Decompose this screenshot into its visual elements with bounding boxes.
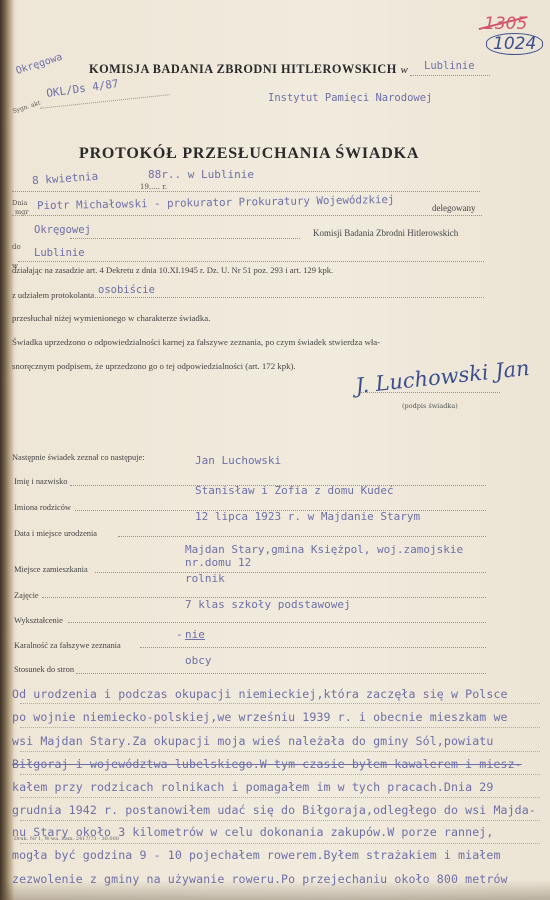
field-label-education: Wykształcenie — [14, 616, 63, 625]
page-number: 1024 — [486, 33, 543, 55]
body-line-6: grudnia 1942 r. postanowiłem udać się do… — [12, 803, 536, 817]
institute-stamp: Instytut Pamięci Narodowej — [268, 92, 432, 104]
warning-line-2: snoręcznym podpisem, że uprzedzono go o … — [12, 361, 296, 371]
clerk-label: z udziałem protokolanta — [12, 290, 94, 300]
testimony-intro: Następnie świadek zeznał co następuje: — [12, 453, 145, 462]
commission-suffix: Komisji Badania Zbrodni Hitlerowskich — [313, 228, 458, 238]
legal-basis: działając na zasadzie art. 4 Dekretu z d… — [12, 265, 333, 275]
delegowany-label: delegowany — [432, 203, 475, 213]
field-label-residence: Miejsce zamieszkania — [14, 565, 88, 574]
date-year-place: 88r.. w Lublinie — [148, 168, 254, 181]
clerk-value: osobiście — [98, 284, 155, 296]
page-title: PROTOKÓŁ PRZESŁUCHANIA ŚWIADKA — [79, 145, 419, 163]
document-page: 1305 1024 Okręgowa KOMISJA BADANIA ZBROD… — [0, 0, 550, 900]
field-value-criminal-prefix: - — [176, 628, 183, 641]
field-value-name: Jan Luchowski — [195, 454, 281, 467]
field-label-birth: Data i miejsce urodzenia — [14, 529, 97, 538]
field-value-education: 7 klas szkoły podstawowej — [185, 598, 351, 611]
stamp-okregowa: Okręgowa — [15, 52, 64, 77]
case-number: OKL/Ds 4/87 — [45, 77, 119, 100]
location-value: Lublinie — [34, 247, 85, 259]
field-label-name: Imię i nazwisko — [14, 477, 68, 486]
interrogator-name: Piotr Michałowski - prokurator Prokuratu… — [37, 193, 395, 212]
do-label: do — [12, 243, 21, 251]
field-value-birth: 12 lipca 1923 r. w Majdanie Starym — [195, 510, 420, 523]
signature-caption: (podpis świadka) — [402, 402, 458, 410]
dnia-label: Dnia — [12, 199, 27, 207]
field-value-residence-house: nr.domu 12 — [185, 556, 251, 569]
sygn-label: Sygn. akt — [12, 99, 41, 115]
page-bottom-shadow — [0, 880, 550, 900]
body-line-8: mogła być godzina 9 - 10 pojechałem rowe… — [12, 848, 501, 862]
date-day-month: 8 kwietnia — [32, 170, 99, 188]
warning-line-1: Świadka uprzedzono o odpowiedzialności k… — [12, 337, 380, 347]
body-line-5: kałem przy rodzicach rolnikach i pomagał… — [12, 780, 493, 794]
field-value-criminal: nie — [185, 628, 205, 641]
body-line-3: wsi Majdan Stary.Za okupacji moja wieś n… — [12, 734, 493, 748]
commission-title: KOMISJA BADANIA ZBRODNI HITLEROWSKICH w — [89, 62, 408, 77]
body-line-4: Biłgoraj i województwa lubelskiego.W tym… — [12, 757, 522, 771]
field-label-criminal: Karalność za fałszywe zeznania — [14, 641, 121, 650]
field-label-relation: Stosunek do stron — [14, 665, 74, 674]
heard-line: przesłuchał niżej wymienionego w charakt… — [12, 313, 210, 323]
field-value-parents: Stanisław i Zofia z domu Kudeć — [195, 484, 394, 497]
year-print-label: 19..... r. — [140, 183, 167, 191]
crossed-page-number: 1305 — [484, 14, 527, 34]
body-line-1: Od urodzenia i podczas okupacji niemieck… — [12, 687, 508, 701]
field-value-relation: obcy — [185, 654, 212, 667]
field-label-occupation: Zajęcie — [14, 591, 39, 600]
commission-city: Lublinie — [424, 60, 475, 72]
field-value-occupation: rolnik — [185, 572, 225, 585]
field-value-residence: Majdan Stary,gmina Księżpol, woj.zamojsk… — [185, 543, 463, 556]
field-label-parents: Imiona rodziców — [14, 503, 71, 512]
printer-note: Druk. Nr 1, W-wa. Zam. 2417/73 - 30.000 — [14, 836, 119, 842]
body-line-2: po wojnie niemiecko-polskiej,we wrześniu… — [12, 710, 508, 724]
delegation-value: Okręgowej — [34, 224, 91, 236]
